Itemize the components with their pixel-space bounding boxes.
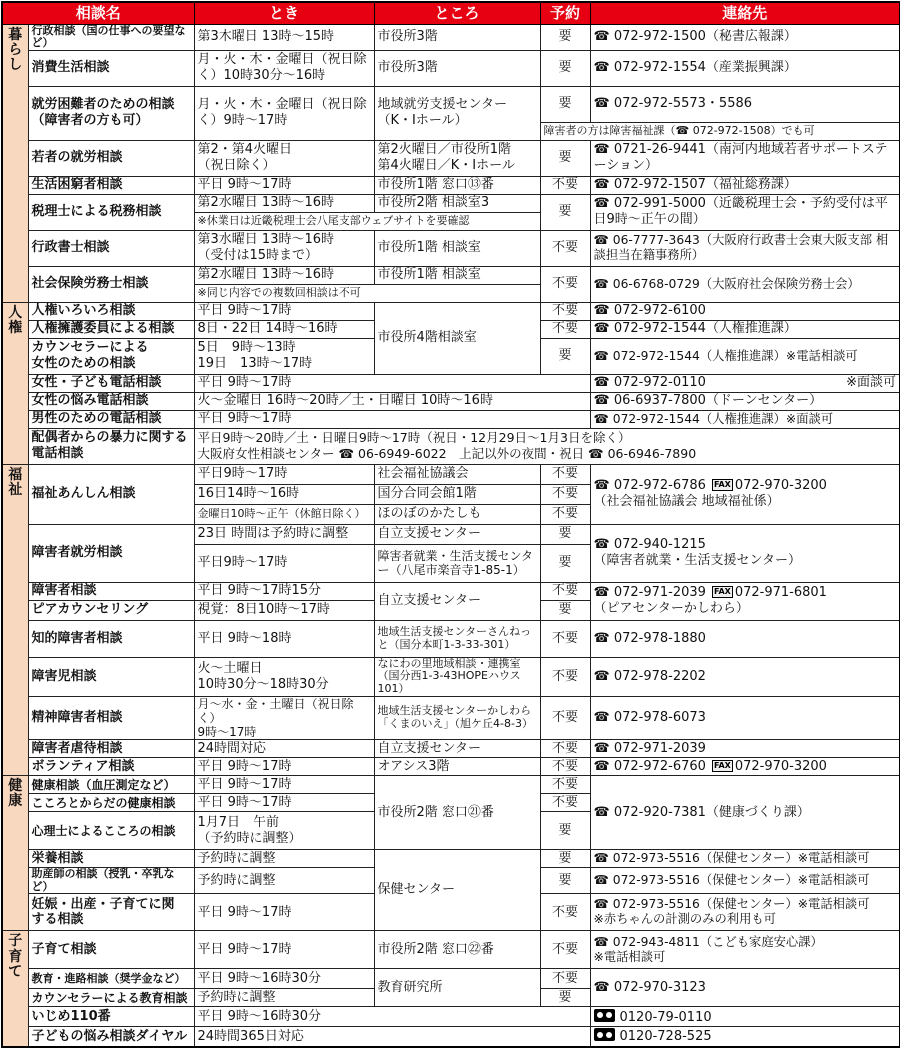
place-cell: 市役所2階 相談室3: [374, 194, 540, 212]
time-cell: 第2水曜日 13時～16時: [194, 266, 374, 284]
time-cell: 月・火・木・金曜日（祝日除く）10時30分～16時: [194, 50, 374, 86]
contact-note: ※面談可: [846, 375, 896, 391]
consultation-name: ピアカウンセリング: [28, 600, 194, 620]
consultation-name: カウンセラーによる 女性のための相談: [28, 338, 194, 374]
contact-cell: ☎ 06-6937-7800（ドーンセンター）: [590, 392, 900, 410]
consultation-name: こころとからだの健康相談: [28, 794, 194, 812]
contact-cell: ☎ 072-973-5516（保健センター）※電話相談可: [590, 868, 900, 894]
time-cell: 平日 9時～17時: [194, 931, 374, 969]
time-cell: 平日 9時～17時: [194, 776, 374, 794]
contact-cell: ☎ 072-973-5516（保健センター）※電話相談可 ※赤ちゃんの計測のみの…: [590, 894, 900, 931]
table-row: 就労困難者のための相談 （障害者の方も可） 月・火・木・金曜日（祝日除く）9時～…: [2, 86, 900, 122]
time-cell: 視覚：8日10時～17時: [194, 600, 374, 620]
consultation-name: 健康相談（血圧測定など）: [28, 776, 194, 794]
contact-cell: ☎ 072-972-6100: [590, 302, 900, 320]
reservation-cell: 不要: [540, 696, 590, 739]
consultation-table: 相談名 とき ところ 予約 連絡先 暮 ら し 行政相談（国の仕事への要望など）…: [1, 1, 900, 1048]
time-cell: 24時間対応: [194, 740, 374, 758]
phone-number: ☎ 072-971-2039: [594, 585, 706, 600]
time-cell: 平日 9時～17時15分: [194, 582, 374, 600]
time-cell: 平日 9時～16時30分: [194, 1007, 590, 1027]
consultation-name: 心理士によるこころの相談: [28, 812, 194, 850]
contact-subtext: （ピアセンターかしわら）: [594, 601, 749, 616]
table-row: 子 育 て 子育て相談 平日 9時～17時 市役所2階 窓口㉒番 不要 ☎ 07…: [2, 931, 900, 969]
reservation-cell: 不要: [540, 776, 590, 794]
contact-cell: ☎ 072-943-4811（こども家庭安心課） ※電話相談可: [590, 931, 900, 969]
consultation-name: 若者の就労相談: [28, 140, 194, 176]
contact-cell: ☎ 072-972-6760FAX072-970-3200: [590, 758, 900, 776]
table-row: 障害者相談 平日 9時～17時15分 自立支援センター 不要 ☎ 072-971…: [2, 582, 900, 600]
table-row: いじめ110番 平日 9時～16時30分 0120-79-0110: [2, 1007, 900, 1027]
table-row: 税理士による税務相談 第2水曜日 13時～16時 市役所2階 相談室3 要 ☎ …: [2, 194, 900, 212]
reservation-cell: 要: [540, 338, 590, 374]
reservation-cell: 要: [540, 868, 590, 894]
freedial-icon: [594, 1009, 615, 1022]
place-cell: 国分合同会館1階: [374, 484, 540, 504]
place-cell: 自立支援センター: [374, 524, 540, 544]
contact-cell: ☎ 072-978-1880: [590, 620, 900, 657]
time-cell: 予約時に調整: [194, 850, 374, 868]
consultation-name: ボランティア相談: [28, 758, 194, 776]
consultation-name: 人権擁護委員による相談: [28, 320, 194, 338]
time-cell: 平日 9時～16時30分: [194, 969, 374, 989]
table-row: 障害者就労相談 23日 時間は予約時に調整 自立支援センター 要 ☎ 072-9…: [2, 524, 900, 544]
reservation-cell: 不要: [540, 931, 590, 969]
header-when: とき: [194, 2, 374, 24]
time-cell: 火～土曜日 10時30分～18時30分: [194, 657, 374, 696]
consultation-name: 障害児相談: [28, 657, 194, 696]
place-cell: 市役所1階 相談室: [374, 230, 540, 266]
time-cell: 平日 9時～17時: [194, 176, 374, 194]
place-cell: 市役所3階: [374, 24, 540, 50]
reservation-cell: 不要: [540, 230, 590, 266]
consultation-name: 教育・進路相談（奨学金など）: [28, 969, 194, 989]
contact-cell: ☎ 06-6768-0729（大阪府社会保険労務士会）: [590, 266, 900, 302]
table-row: 子どもの悩み相談ダイヤル 24時間365日対応 0120-728-525: [2, 1027, 900, 1047]
category-label-jinken: 人 権: [2, 302, 28, 464]
consultation-name: 女性・子ども電話相談: [28, 374, 194, 392]
consultation-name: 精神障害者相談: [28, 696, 194, 739]
phone-number: 0120-79-0110: [620, 1010, 712, 1025]
note-cell: ※同じ内容での複数回相談は不可: [194, 284, 540, 302]
reservation-cell: 不要: [540, 484, 590, 504]
place-cell: 市役所2階 窓口㉒番: [374, 931, 540, 969]
table-row: 消費生活相談 月・火・木・金曜日（祝日除く）10時30分～16時 市役所3階 要…: [2, 50, 900, 86]
category-label-kosodate: 子 育 て: [2, 931, 28, 1047]
consultation-name: 知的障害者相談: [28, 620, 194, 657]
time-cell: 平日 9時～17時: [194, 758, 374, 776]
contact-cell: ☎ 072-972-6786FAX072-970-3200（社会福祉協議会 地域…: [590, 464, 900, 524]
consultation-name: いじめ110番: [28, 1007, 194, 1027]
consultation-name: 子どもの悩み相談ダイヤル: [28, 1027, 194, 1047]
fax-number: 072-970-3200: [735, 759, 827, 774]
consultation-name: 障害者虐待相談: [28, 740, 194, 758]
time-cell: 8日・22日 14時～16時: [194, 320, 374, 338]
place-cell: なにわの里地域相談・連携室（国分西1-3-43HOPEハウス101）: [374, 657, 540, 696]
time-and-contact-cell: 平日9時～20時／土・日曜日9時～17時（祝日・12月29日～1月3日を除く） …: [194, 428, 900, 464]
reservation-cell: 要: [540, 50, 590, 86]
table-row: 生活困窮者相談 平日 9時～17時 市役所1階 窓口⑬番 不要 ☎ 072-97…: [2, 176, 900, 194]
contact-cell: ☎ 072-940-1215 （障害者就業・生活支援センター）: [590, 524, 900, 582]
consultation-name: 子育て相談: [28, 931, 194, 969]
place-cell: 地域生活支援センターかしわら「くまのいえ」（旭ケ丘4-8-3）: [374, 696, 540, 739]
table-row: 福 祉 福祉あんしん相談 平日9時～17時 社会福祉協議会 不要 ☎ 072-9…: [2, 464, 900, 484]
contact-cell: ☎ 072-971-2039: [590, 740, 900, 758]
reservation-cell: 不要: [540, 894, 590, 931]
consultation-name: 税理士による税務相談: [28, 194, 194, 230]
time-cell: 1月7日 午前 （予約時に調整）: [194, 812, 374, 850]
time-cell: 第3木曜日 13時～15時: [194, 24, 374, 50]
time-cell: 金曜日10時～正午（休館日除く）: [194, 504, 374, 524]
phone-number: ☎ 072-972-0110: [594, 375, 706, 391]
place-cell: 自立支援センター: [374, 582, 540, 620]
table-row: 障害者虐待相談 24時間対応 自立支援センター 不要 ☎ 072-971-203…: [2, 740, 900, 758]
place-cell: 社会福祉協議会: [374, 464, 540, 484]
contact-cell: ☎ 072-972-1554（産業振興課）: [590, 50, 900, 86]
time-cell: 24時間365日対応: [194, 1027, 590, 1047]
reservation-cell: 不要: [540, 740, 590, 758]
contact-cell: ☎ 072-978-2202: [590, 657, 900, 696]
consultation-name: 妊娠・出産・子育てに関 する相談: [28, 894, 194, 931]
place-cell: 教育研究所: [374, 969, 540, 1007]
contact-cell: ☎ 072-971-2039FAX072-971-6801（ピアセンターかしわら…: [590, 582, 900, 620]
reservation-cell: 要: [540, 600, 590, 620]
contact-cell: 0120-79-0110: [590, 1007, 900, 1027]
note-cell: ※休業日は近畿税理士会八尾支部ウェブサイトを要確認: [194, 212, 540, 230]
consultation-name: 助産師の相談（授乳・卒乳など）: [28, 868, 194, 894]
time-cell: 第3水曜日 13時～16時 （受付は15時まで）: [194, 230, 374, 266]
consultation-name: 栄養相談: [28, 850, 194, 868]
table-row: 行政書士相談 第3水曜日 13時～16時 （受付は15時まで） 市役所1階 相談…: [2, 230, 900, 266]
time-cell: 第2水曜日 13時～16時: [194, 194, 374, 212]
table-row: 人 権 人権いろいろ相談 平日 9時～17時 市役所4階相談室 不要 ☎ 072…: [2, 302, 900, 320]
header-reserve: 予約: [540, 2, 590, 24]
place-cell: 地域生活支援センターさんねっと（国分本町1-3-33-301）: [374, 620, 540, 657]
time-cell: 平日 9時～17時: [194, 302, 374, 320]
header-contact: 連絡先: [590, 2, 900, 24]
reservation-cell: 要: [540, 812, 590, 850]
category-label-kenko: 健 康: [2, 776, 28, 931]
time-cell: 平日 9時～17時: [194, 894, 374, 931]
table-row: 暮 ら し 行政相談（国の仕事への要望など） 第3木曜日 13時～15時 市役所…: [2, 24, 900, 50]
reservation-cell: 不要: [540, 266, 590, 302]
place-cell: 市役所1階 相談室: [374, 266, 540, 284]
fax-icon: FAX: [712, 760, 733, 772]
reservation-cell: 不要: [540, 969, 590, 989]
consultation-name: 女性の悩み電話相談: [28, 392, 194, 410]
time-cell: 平日9時～17時: [194, 544, 374, 582]
time-cell: 月～水・金・土曜日（祝日除く） 9時～17時: [194, 696, 374, 739]
table-row: ボランティア相談 平日 9時～17時 オアシス3階 不要 ☎ 072-972-6…: [2, 758, 900, 776]
reservation-cell: 要: [540, 524, 590, 544]
time-cell: 5日 9時～13時 19日 13時～17時: [194, 338, 374, 374]
reservation-cell: 不要: [540, 176, 590, 194]
header-where: ところ: [374, 2, 540, 24]
place-cell: 市役所2階 窓口㉑番: [374, 776, 540, 850]
consultation-name: 行政書士相談: [28, 230, 194, 266]
consultation-name: 生活困窮者相談: [28, 176, 194, 194]
reservation-cell: 不要: [540, 504, 590, 524]
contact-cell: ☎ 072-972-1500（秘書広報課）: [590, 24, 900, 50]
reservation-cell: 不要: [540, 302, 590, 320]
consultation-name: 行政相談（国の仕事への要望など）: [28, 24, 194, 50]
header-row: 相談名 とき ところ 予約 連絡先: [2, 2, 900, 24]
consultation-name: 配偶者からの暴力に関する 電話相談: [28, 428, 194, 464]
time-cell: 平日 9時～17時: [194, 410, 590, 428]
time-cell: 月・火・木・金曜日（祝日除く）9時～17時: [194, 86, 374, 140]
place-cell: 市役所1階 窓口⑬番: [374, 176, 540, 194]
table-row: 知的障害者相談 平日 9時～18時 地域生活支援センターさんねっと（国分本町1-…: [2, 620, 900, 657]
place-cell: ほのぼのかたしも: [374, 504, 540, 524]
place-cell: 市役所3階: [374, 50, 540, 86]
consultation-name: カウンセラーによる教育相談: [28, 989, 194, 1007]
reservation-cell: 要: [540, 544, 590, 582]
consultation-name: 就労困難者のための相談 （障害者の方も可）: [28, 86, 194, 140]
consultation-name: 社会保険労務士相談: [28, 266, 194, 302]
time-cell: 第2・第4火曜日 （祝日除く）: [194, 140, 374, 176]
time-cell: 平日 9時～17時: [194, 374, 590, 392]
reservation-cell: 要: [540, 140, 590, 176]
time-cell: 平日 9時～18時: [194, 620, 374, 657]
contact-cell: ☎ 072-972-1507（福祉総務課）: [590, 176, 900, 194]
place-cell: 自立支援センター: [374, 740, 540, 758]
time-cell: 予約時に調整: [194, 868, 374, 894]
time-cell: 予約時に調整: [194, 989, 374, 1007]
time-cell: 平日9時～17時: [194, 464, 374, 484]
table-row: 社会保険労務士相談 第2水曜日 13時～16時 市役所1階 相談室 不要 ☎ 0…: [2, 266, 900, 284]
category-label-kurashi: 暮 ら し: [2, 24, 28, 302]
time-cell: 火～金曜日 16時～20時／土・日曜日 10時～16時: [194, 392, 590, 410]
table-row: 精神障害者相談 月～水・金・土曜日（祝日除く） 9時～17時 地域生活支援センタ…: [2, 696, 900, 739]
fax-number: 072-970-3200: [735, 478, 827, 493]
note-cell: 障害者の方は障害福祉課（☎ 072-972-1508）でも可: [540, 122, 900, 140]
contact-cell: ☎ 072-972-0110※面談可: [590, 374, 900, 392]
reservation-cell: 不要: [540, 758, 590, 776]
reservation-cell: 不要: [540, 657, 590, 696]
reservation-cell: 要: [540, 86, 590, 122]
time-cell: 平日 9時～17時: [194, 794, 374, 812]
table-row: 障害児相談 火～土曜日 10時30分～18時30分 なにわの里地域相談・連携室（…: [2, 657, 900, 696]
phone-number: ☎ 072-972-6786: [594, 478, 706, 493]
fax-icon: FAX: [712, 479, 733, 491]
reservation-cell: 不要: [540, 582, 590, 600]
contact-cell: ☎ 072-920-7381（健康づくり課）: [590, 776, 900, 850]
consultation-name: 福祉あんしん相談: [28, 464, 194, 524]
place-cell: 地域就労支援センター （K・Iホール）: [374, 86, 540, 140]
contact-cell: ☎ 072-972-1544（人権推進課）: [590, 320, 900, 338]
contact-cell: ☎ 072-972-1544（人権推進課）※電話相談可: [590, 338, 900, 374]
contact-cell: ☎ 072-972-1544（人権推進課）※面談可: [590, 410, 900, 428]
place-cell: オアシス3階: [374, 758, 540, 776]
place-cell: 第2火曜日／市役所1階 第4火曜日／K・Iホール: [374, 140, 540, 176]
reservation-cell: 要: [540, 24, 590, 50]
reservation-cell: 不要: [540, 620, 590, 657]
reservation-cell: 要: [540, 194, 590, 230]
place-cell: 障害者就業・生活支援センター（八尾市楽音寺1-85-1）: [374, 544, 540, 582]
reservation-cell: 要: [540, 850, 590, 868]
time-cell: 23日 時間は予約時に調整: [194, 524, 374, 544]
table-row: 教育・進路相談（奨学金など） 平日 9時～16時30分 教育研究所 不要 ☎ 0…: [2, 969, 900, 989]
consultation-name: 消費生活相談: [28, 50, 194, 86]
header-consultation-name: 相談名: [2, 2, 194, 24]
reservation-cell: 要: [540, 989, 590, 1007]
fax-icon: FAX: [712, 586, 733, 598]
reservation-cell: 不要: [540, 464, 590, 484]
contact-cell: ☎ 072-972-5573・5586: [590, 86, 900, 122]
table-row: 健 康 健康相談（血圧測定など） 平日 9時～17時 市役所2階 窓口㉑番 不要…: [2, 776, 900, 794]
consultation-name: 男性のための電話相談: [28, 410, 194, 428]
contact-subtext: （社会福祉協議会 地域福祉係）: [594, 494, 780, 509]
consultation-name: 障害者就労相談: [28, 524, 194, 582]
table-row: 女性・子ども電話相談 平日 9時～17時 ☎ 072-972-0110※面談可: [2, 374, 900, 392]
consultation-name: 障害者相談: [28, 582, 194, 600]
contact-cell: ☎ 072-978-6073: [590, 696, 900, 739]
phone-number: ☎ 072-972-6760: [594, 759, 706, 774]
contact-cell: ☎ 072-991-5000（近畿税理士会・予約受付は平日9時～正午の間）: [590, 194, 900, 230]
consultation-name: 人権いろいろ相談: [28, 302, 194, 320]
table-row: 栄養相談 予約時に調整 保健センター 要 ☎ 072-973-5516（保健セン…: [2, 850, 900, 868]
contact-cell: ☎ 0721-26-9441（南河内地域若者サポートステーション）: [590, 140, 900, 176]
reservation-cell: 不要: [540, 794, 590, 812]
place-cell: 保健センター: [374, 850, 540, 931]
table-row: 女性の悩み電話相談 火～金曜日 16時～20時／土・日曜日 10時～16時 ☎ …: [2, 392, 900, 410]
contact-cell: 0120-728-525: [590, 1027, 900, 1047]
place-cell: 市役所4階相談室: [374, 302, 540, 374]
contact-cell: ☎ 06-7777-3643（大阪府行政書士会東大阪支部 相談担当在籍事務所）: [590, 230, 900, 266]
contact-cell: ☎ 072-970-3123: [590, 969, 900, 1007]
freedial-icon: [594, 1028, 615, 1041]
contact-cell: ☎ 072-973-5516（保健センター）※電話相談可: [590, 850, 900, 868]
consultation-table-page: 相談名 とき ところ 予約 連絡先 暮 ら し 行政相談（国の仕事への要望など）…: [0, 1, 900, 1048]
phone-number: 0120-728-525: [620, 1029, 712, 1044]
table-row: 若者の就労相談 第2・第4火曜日 （祝日除く） 第2火曜日／市役所1階 第4火曜…: [2, 140, 900, 176]
reservation-cell: 不要: [540, 320, 590, 338]
table-row: 男性のための電話相談 平日 9時～17時 ☎ 072-972-1544（人権推進…: [2, 410, 900, 428]
time-cell: 16日14時～16時: [194, 484, 374, 504]
table-row: 配偶者からの暴力に関する 電話相談 平日9時～20時／土・日曜日9時～17時（祝…: [2, 428, 900, 464]
category-label-fukushi: 福 祉: [2, 464, 28, 775]
fax-number: 072-971-6801: [735, 585, 827, 600]
